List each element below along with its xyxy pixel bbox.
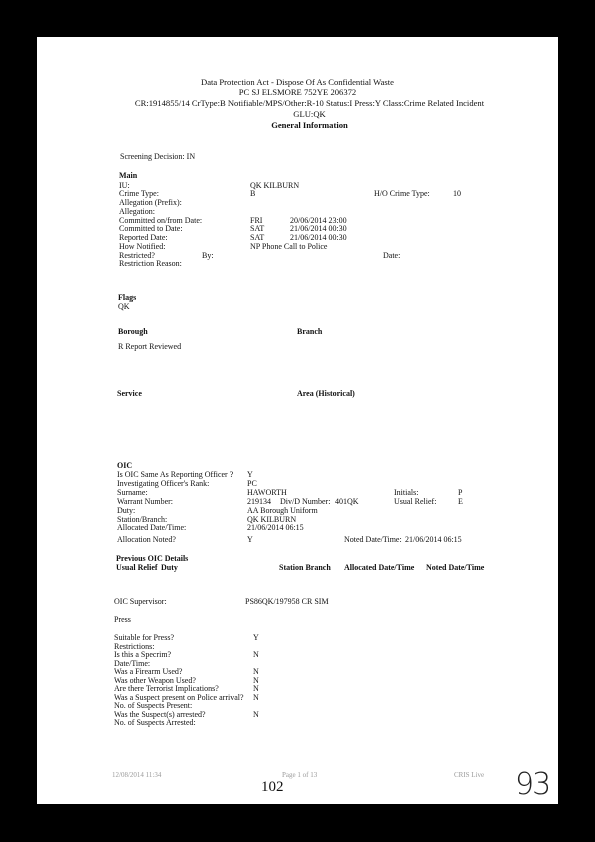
crime-type-label: Crime Type: [119, 189, 159, 198]
oic-initials-label: Initials: [394, 488, 418, 497]
supervisor-label: OIC Supervisor: [114, 597, 167, 606]
oic-noted-value: Y [247, 535, 253, 544]
document-page: Data Protection Act - Dispose Of As Conf… [37, 37, 558, 804]
header-line-1: Data Protection Act - Dispose Of As Conf… [37, 77, 558, 87]
press-row-value: N [253, 693, 259, 702]
oic-allocated-label: Allocated Date/Time: [117, 523, 186, 532]
oic-duty-label: Duty: [117, 506, 135, 515]
flags-heading: Flags [118, 293, 136, 302]
footer-timestamp: 12/08/2014 11:34 [112, 771, 161, 780]
main-heading: Main [119, 171, 137, 180]
oic-warrant-value: 219134 [247, 497, 271, 506]
oic-rank-label: Investigating Officer's Rank: [117, 479, 209, 488]
prev-col-usual-relief: Usual Relief [116, 563, 158, 572]
oic-warrant-label: Warrant Number: [117, 497, 173, 506]
oic-divd-label: Div/D Number: [280, 497, 330, 506]
press-row-value: Y [253, 633, 259, 642]
oic-relief-value: E [458, 497, 463, 506]
date-label: Date: [383, 251, 400, 260]
reported-value: 21/06/2014 00:30 [290, 233, 347, 242]
reported-label: Reported Date: [119, 233, 168, 242]
oic-heading: OIC [117, 461, 132, 470]
how-notified-label: How Notified: [119, 242, 165, 251]
oic-relief-label: Usual Relief: [394, 497, 436, 506]
area-heading: Area (Historical) [297, 389, 355, 398]
prev-col-allocated: Allocated Date/Time [344, 563, 414, 572]
borough-value: R Report Reviewed [118, 342, 181, 351]
screening-decision: Screening Decision: IN [120, 152, 195, 161]
prev-col-noted: Noted Date/Time [426, 563, 484, 572]
oic-rank-value: PC [247, 479, 257, 488]
crime-type-value: B [250, 189, 255, 198]
supervisor-value: PS86QK/197958 CR SIM [245, 597, 329, 606]
reported-day: SAT [250, 233, 264, 242]
prev-col-duty: Duty [161, 563, 178, 572]
oic-initials-value: P [458, 488, 462, 497]
service-heading: Service [117, 389, 142, 398]
previous-oic-heading: Previous OIC Details [116, 554, 188, 563]
oic-noted-dt-label: Noted Date/Time: [344, 535, 402, 544]
oic-duty-value: AA Borough Uniform [247, 506, 318, 515]
flags-value: QK [118, 302, 130, 311]
committed-to-value: 21/06/2014 00:30 [290, 224, 347, 233]
press-row-value: N [253, 650, 259, 659]
allegation-prefix-label: Allegation (Prefix): [119, 198, 182, 207]
prev-col-station-branch: Station Branch [279, 563, 331, 572]
oic-surname-label: Surname: [117, 488, 148, 497]
oic-same-label: Is OIC Same As Reporting Officer ? [117, 470, 233, 479]
header-line-4: GLU:QK [49, 109, 570, 119]
oic-surname-value: HAWORTH [247, 488, 287, 497]
oic-allocated-value: 21/06/2014 06:15 [247, 523, 304, 532]
iu-value: QK KILBURN [250, 181, 299, 190]
allegation-label: Allegation: [119, 207, 155, 216]
branch-heading: Branch [297, 327, 322, 336]
stamp-number: 102 [261, 779, 284, 795]
page-title: General Information [49, 120, 570, 130]
handwritten-number: 93 [515, 770, 549, 800]
restriction-reason-label: Restriction Reason: [119, 259, 182, 268]
oic-noted-dt-value: 21/06/2014 06:15 [405, 535, 462, 544]
committed-to-day: SAT [250, 224, 264, 233]
ho-crime-type-value: 10 [453, 189, 461, 198]
press-row-value: N [253, 710, 259, 719]
footer-page: Page 1 of 13 [282, 771, 317, 780]
committed-to-label: Committed to Date: [119, 224, 183, 233]
by-label: By: [202, 251, 214, 260]
press-row-label: No. of Suspects Arrested: [114, 718, 196, 727]
ho-crime-type-label: H/O Crime Type: [374, 189, 430, 198]
oic-same-value: Y [247, 470, 253, 479]
header-line-3: CR:1914855/14 CrType:B Notifiable/MPS/Ot… [49, 98, 570, 108]
press-heading: Press [114, 615, 131, 624]
oic-divd-value: 401QK [335, 497, 359, 506]
borough-heading: Borough [118, 327, 148, 336]
footer-system: CRIS Live [454, 771, 484, 780]
header-line-2: PC SJ ELSMORE 752YE 206372 [37, 87, 558, 97]
how-notified-value: NP Phone Call to Police [250, 242, 327, 251]
oic-noted-label: Allocation Noted? [117, 535, 176, 544]
